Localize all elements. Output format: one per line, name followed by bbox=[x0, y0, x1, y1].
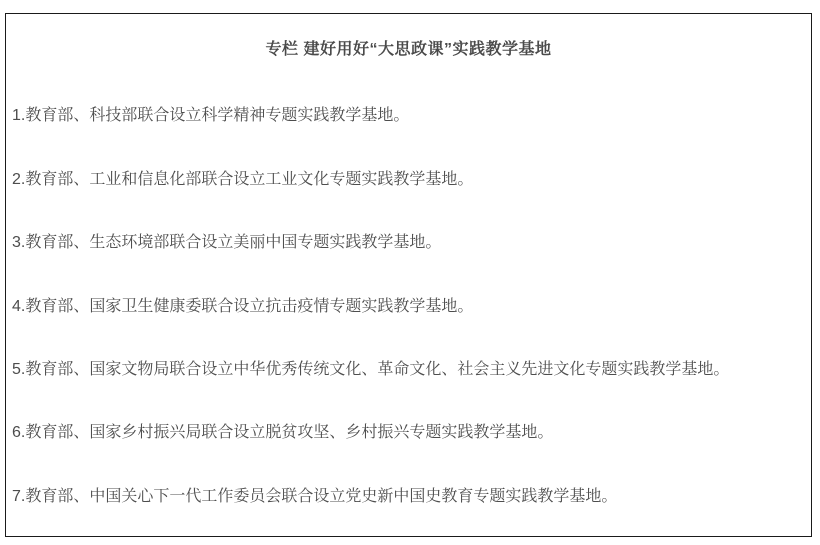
list-item-7: 7.教育部、中国关心下一代工作委员会联合设立党史新中国史教育专题实践教学基地。 bbox=[12, 486, 805, 508]
list-item-6: 6.教育部、国家乡村振兴局联合设立脱贫攻坚、乡村振兴专题实践教学基地。 bbox=[12, 422, 805, 444]
list-item-5: 5.教育部、国家文物局联合设立中华优秀传统文化、革命文化、社会主义先进文化专题实… bbox=[12, 359, 805, 381]
list-item-4: 4.教育部、国家卫生健康委联合设立抗击疫情专题实践教学基地。 bbox=[12, 296, 805, 318]
column-panel: 专栏 建好用好“大思政课”实践教学基地 1.教育部、科技部联合设立科学精神专题实… bbox=[5, 13, 812, 537]
list-item-1: 1.教育部、科技部联合设立科学精神专题实践教学基地。 bbox=[12, 105, 805, 127]
list-item-3: 3.教育部、生态环境部联合设立美丽中国专题实践教学基地。 bbox=[12, 232, 805, 254]
list-item-2: 2.教育部、工业和信息化部联合设立工业文化专题实践教学基地。 bbox=[12, 169, 805, 191]
panel-title: 专栏 建好用好“大思政课”实践教学基地 bbox=[12, 39, 805, 61]
